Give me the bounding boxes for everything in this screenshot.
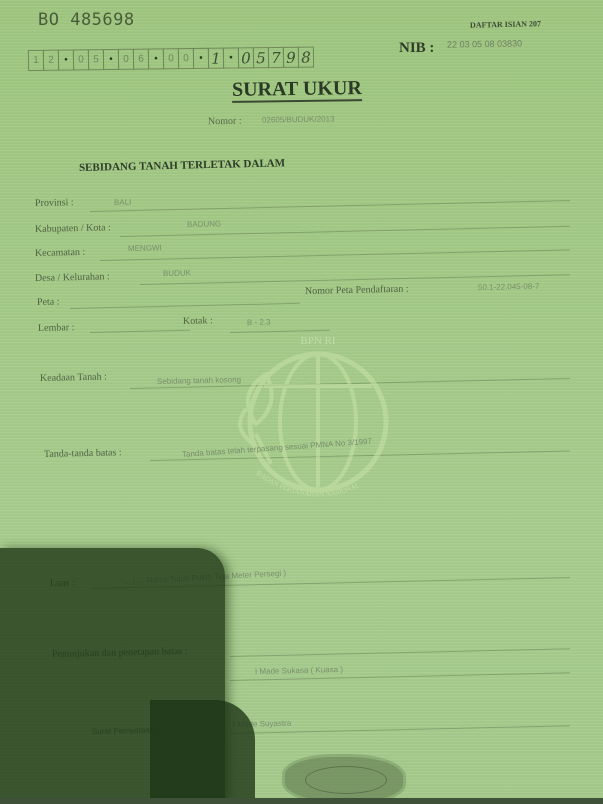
seal-stamp-inner [305,766,387,794]
provinsi-value: BALI [114,198,132,207]
number-box: • [58,49,74,70]
number-box: 0 [73,49,89,70]
peta-label: Peta : [37,296,60,308]
kotak-value: B - 2.3 [247,317,271,327]
rule-line [230,330,330,333]
number-box: 0 [178,48,194,69]
number-box: • [223,47,239,68]
number-box: • [103,49,119,70]
kecamatan-value: MENGWI [128,243,162,253]
nomor-peta-value: 50.1-22.045-08-7 [478,282,540,292]
desa-label: Desa / Kelurahan : [35,271,110,284]
rule-line [90,330,190,333]
kotak-label: Kotak : [183,315,213,327]
bottom-edge [0,798,603,804]
nomor-peta-label: Nomor Peta Pendaftaran : [305,284,409,297]
section-heading: SEBIDANG TANAH TERLETAK DALAM [79,157,285,174]
tanda-batas-label: Tanda-tanda batas : [44,447,122,460]
document-title: SURAT UKUR [232,77,362,103]
number-box: 6 [133,49,149,70]
nib-label: NIB : [399,40,434,57]
kabupaten-value: BADUNG [187,219,221,229]
number-box: 0 [163,48,179,69]
number-box: 5 [88,49,104,70]
number-box: 1 [208,48,224,69]
rule-line [230,648,570,657]
rule-line [90,200,570,212]
bpn-emblem-icon: BPN RI BADAN PERTANAHAN NASIONAL [226,334,401,509]
rule-line [70,303,300,309]
kabupaten-label: Kabupaten / Kota : [35,222,111,235]
number-box: • [148,48,164,69]
number-box: 9 [283,47,299,68]
lembar-label: Lembar : [38,322,75,334]
kecamatan-label: Kecamatan : [35,247,85,259]
rule-line [100,249,570,261]
number-box: 2 [43,50,59,71]
document-page: BO 485698 12•05•06•00•1•05798 DAFTAR ISI… [0,0,603,804]
nib-value: 22 03 05 08 03830 [447,38,522,49]
number-box: 0 [118,49,134,70]
number-box: 7 [268,47,284,68]
nomor-value: 02605/BUDUK/2013 [262,114,335,124]
number-box-row: 12•05•06•00•1•05798 [29,47,314,71]
desa-value: BUDUK [163,268,191,278]
serial-number: BO 485698 [38,10,135,30]
hand-shadow [150,700,255,804]
number-box: 1 [28,50,44,71]
number-box: 8 [298,47,314,68]
svg-text:BPN RI: BPN RI [300,335,335,347]
keadaan-tanah-label: Keadaan Tanah : [40,371,107,384]
number-box: • [193,48,209,69]
form-code: DAFTAR ISIAN 207 [470,19,541,29]
provinsi-label: Provinsi : [35,197,74,209]
nomor-label: Nomor : [208,116,242,128]
number-box: 0 [238,47,254,68]
number-box: 5 [253,47,269,68]
penunjukan-value: I Made Sukasa ( Kuasa ) [255,665,343,676]
